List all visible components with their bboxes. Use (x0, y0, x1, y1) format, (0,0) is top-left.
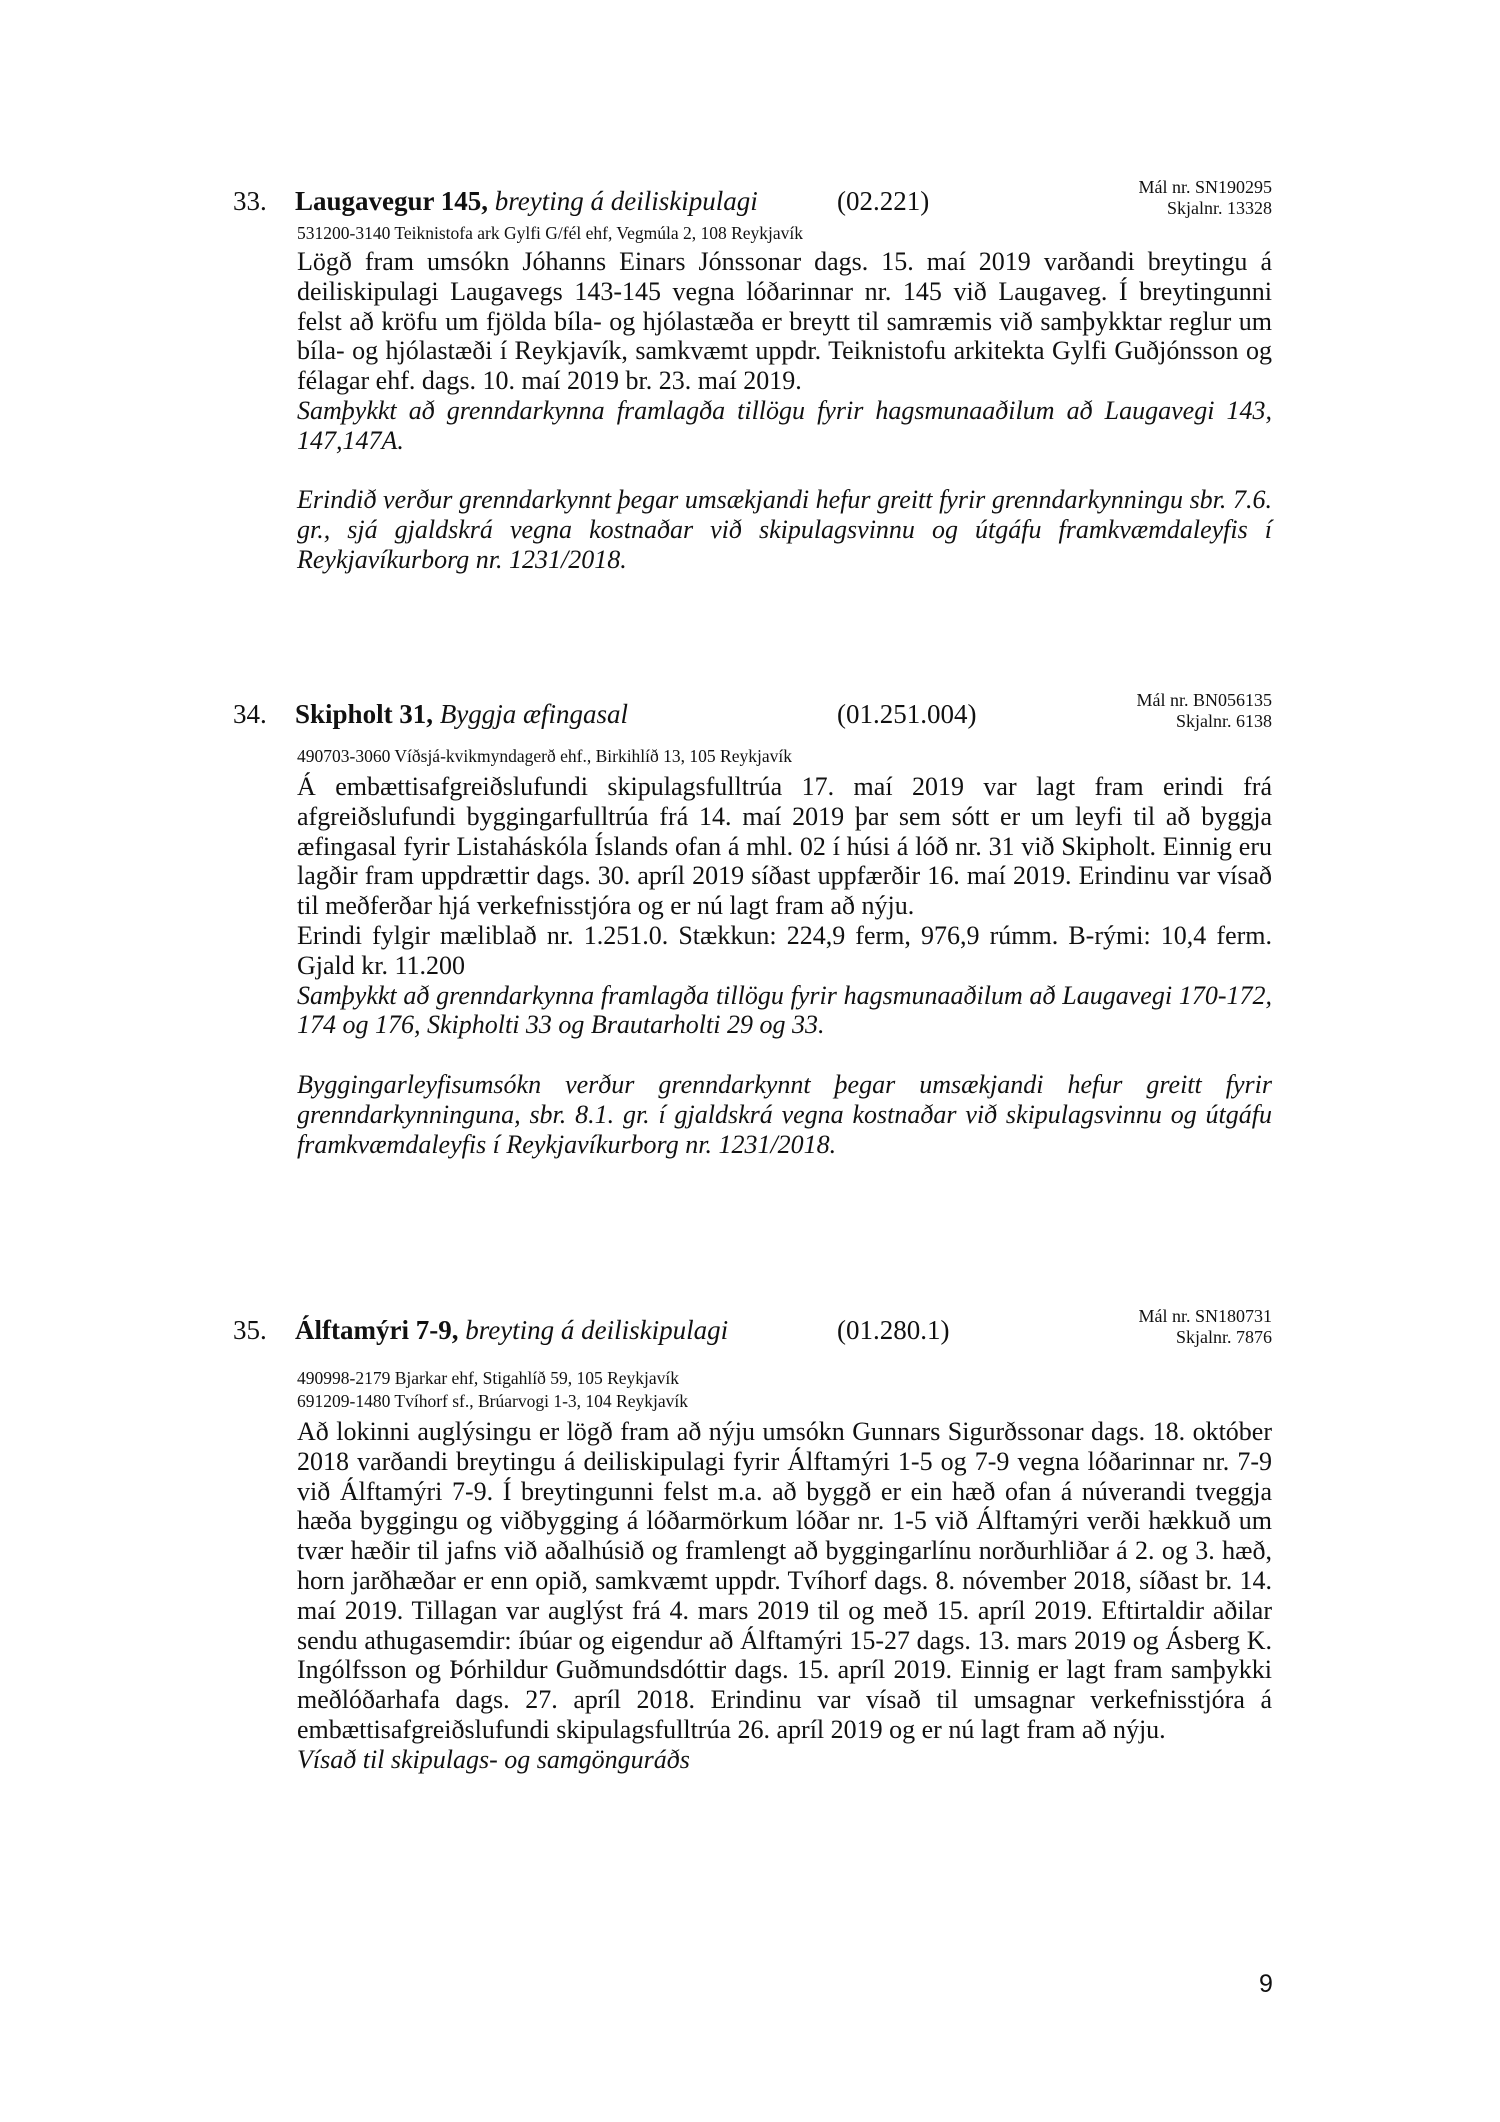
parcel-code: (01.251.004) (837, 698, 976, 730)
item-heading: 35. Álftamýri 7-9, breyting á deiliskipu… (0, 1314, 1500, 1354)
measurements-paragraph: Erindi fylgir mæliblað nr. 1.251.0. Stæk… (297, 921, 1272, 981)
item-body: Á embættisafgreiðslufundi skipulagsfullt… (297, 772, 1272, 1159)
parcel-code: (01.280.1) (837, 1314, 949, 1346)
item-number: 35. (233, 1314, 267, 1346)
item-address: Álftamýri 7-9, (295, 1315, 458, 1345)
applicant: 691209-1480 Tvíhorf sf., Brúarvogi 1-3, … (297, 1390, 1272, 1413)
paragraph-gap (297, 456, 1272, 486)
case-references: Mál nr. SN180731 Skjalnr. 7876 (1138, 1306, 1272, 1348)
applicant: 490998-2179 Bjarkar ehf, Stigahlíð 59, 1… (297, 1367, 1272, 1390)
case-number: Mál nr. SN190295 (1138, 177, 1272, 198)
applicant-list: 531200-3140 Teiknistofa ark Gylfi G/fél … (297, 222, 1272, 245)
decision-paragraph: Vísað til skipulags- og samgönguráðs (297, 1745, 1272, 1775)
item-heading: 34. Skipholt 31, Byggja æfingasal (01.25… (0, 698, 1500, 738)
document-number: Skjalnr. 7876 (1138, 1327, 1272, 1348)
paragraph-gap (297, 1040, 1272, 1070)
item-heading: 33. Laugavegur 145, breyting á deiliskip… (0, 185, 1500, 225)
item-address: Laugavegur 145, (295, 186, 488, 216)
description-paragraph: Á embættisafgreiðslufundi skipulagsfullt… (297, 772, 1272, 921)
decision-paragraph: Samþykkt að grenndarkynna framlagða till… (297, 396, 1272, 456)
applicant-list: 490998-2179 Bjarkar ehf, Stigahlíð 59, 1… (297, 1367, 1272, 1413)
item-number: 33. (233, 185, 267, 217)
page-number: 9 (1259, 1970, 1273, 1999)
item-title: Álftamýri 7-9, breyting á deiliskipulagi (295, 1314, 728, 1346)
case-references: Mál nr. BN056135 Skjalnr. 6138 (1136, 690, 1272, 732)
case-references: Mál nr. SN190295 Skjalnr. 13328 (1138, 177, 1272, 219)
applicant-list: 490703-3060 Víðsjá-kvikmyndagerð ehf., B… (297, 745, 1272, 768)
note-paragraph: Byggingarleyfisumsókn verður grenndarkyn… (297, 1070, 1272, 1159)
description-paragraph: Að lokinni auglýsingu er lögð fram að ný… (297, 1417, 1272, 1745)
item-title: Skipholt 31, Byggja æfingasal (295, 698, 628, 730)
item-body: Að lokinni auglýsingu er lögð fram að ný… (297, 1417, 1272, 1775)
item-subject: breyting á deiliskipulagi (465, 1315, 728, 1345)
applicant: 531200-3140 Teiknistofa ark Gylfi G/fél … (297, 222, 1272, 245)
case-number: Mál nr. SN180731 (1138, 1306, 1272, 1327)
item-subject: Byggja æfingasal (440, 699, 628, 729)
parcel-code: (02.221) (837, 185, 929, 217)
note-paragraph: Erindið verður grenndarkynnt þegar umsæk… (297, 485, 1272, 574)
document-number: Skjalnr. 6138 (1136, 711, 1272, 732)
case-number: Mál nr. BN056135 (1136, 690, 1272, 711)
item-subject: breyting á deiliskipulagi (495, 186, 758, 216)
item-title: Laugavegur 145, breyting á deiliskipulag… (295, 185, 758, 217)
item-number: 34. (233, 698, 267, 730)
description-paragraph: Lögð fram umsókn Jóhanns Einars Jónssona… (297, 247, 1272, 396)
decision-paragraph: Samþykkt að grenndarkynna framlagða till… (297, 981, 1272, 1041)
applicant: 490703-3060 Víðsjá-kvikmyndagerð ehf., B… (297, 745, 1272, 768)
document-number: Skjalnr. 13328 (1138, 198, 1272, 219)
item-body: Lögð fram umsókn Jóhanns Einars Jónssona… (297, 247, 1272, 575)
item-address: Skipholt 31, (295, 699, 433, 729)
